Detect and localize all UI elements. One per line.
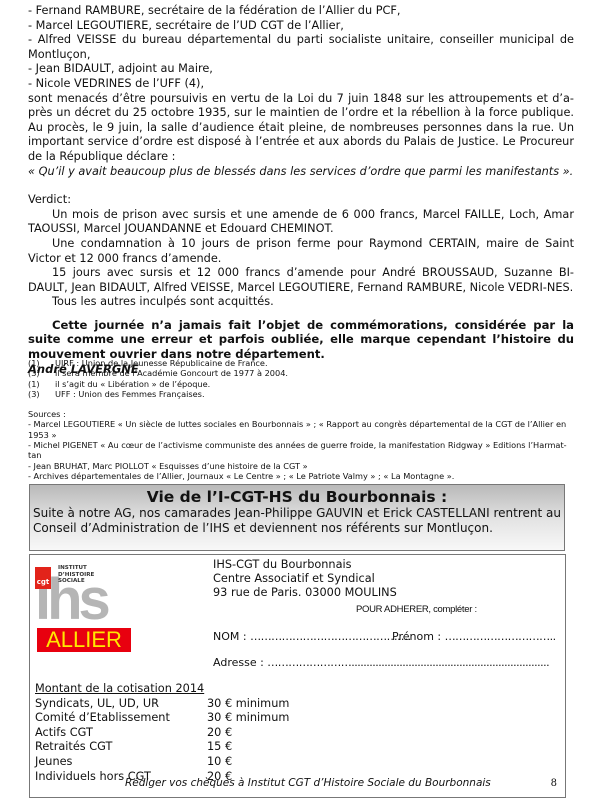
footnote: (1)il s’agit du « Libération » de l’époq… xyxy=(28,379,574,389)
list-item: - Nicole VEDRINES de l’UFF (4), xyxy=(28,77,574,92)
footnotes: (1)UJRF : Union de la Jeunesse Républica… xyxy=(28,358,574,481)
adresse-field[interactable]: Adresse : ……………………......................… xyxy=(213,656,549,669)
source-item: - Jean BRUHAT, Marc PIOLLOT « Esquisses … xyxy=(28,461,574,471)
announcement-box: Vie de l’I-CGT-HS du Bourbonnais : Suite… xyxy=(29,484,565,551)
ihs-allier-logo: ihs cgt INSTITUT D’HISTOIRE SOCIALE ALLI… xyxy=(35,564,135,649)
source-item: - Archives départementales de l’Allier, … xyxy=(28,471,574,481)
cotisation-row: Comité d’Etablissement30 € minimum xyxy=(35,711,289,726)
announcement-text: Suite à notre AG, nos camarades Jean-Phi… xyxy=(30,506,564,536)
prenom-field[interactable]: Prénom : ………………………….. xyxy=(392,630,556,643)
verdict-label: Verdict: xyxy=(28,193,574,208)
verdict-item: Un mois de prison avec sursis et une ame… xyxy=(28,208,574,237)
list-item: - Marcel LEGOUTIERE, secrétaire de l’UD … xyxy=(28,19,574,34)
article-body: - Fernand RAMBURE, secrétaire de la fédé… xyxy=(28,4,574,376)
logo-allier-banner: ALLIER xyxy=(37,628,131,652)
adherer-instruction: POUR ADHERER, compléter : xyxy=(356,604,477,615)
cotisation-row: Syndicats, UL, UD, UR30 € minimum xyxy=(35,697,289,712)
prosecutor-quote: « Qu’il y avait beaucoup plus de blessés… xyxy=(28,165,574,180)
conclusion: Cette journée n’a jamais fait l’objet de… xyxy=(28,318,574,362)
sources: Sources : - Marcel LEGOUTIERE « Un siècl… xyxy=(28,409,574,481)
verdict-item: Une condamnation à 10 jours de prison fe… xyxy=(28,237,574,266)
cotisation-title: Montant de la cotisation 2014 xyxy=(35,682,289,697)
cotisation-row: Jeunes10 € xyxy=(35,755,289,770)
sources-label: Sources : xyxy=(28,409,574,419)
page-number: 8 xyxy=(551,778,557,789)
verdict-item: Tous les autres inculpés sont acquittés. xyxy=(28,295,574,310)
membership-form: ihs cgt INSTITUT D’HISTOIRE SOCIALE ALLI… xyxy=(29,554,566,798)
cheque-instruction: Rédiger vos chèques à Institut CGT d’His… xyxy=(125,777,491,789)
nom-field[interactable]: NOM : ………………………………………. xyxy=(213,630,411,643)
cotisation-row: Actifs CGT20 € xyxy=(35,726,289,741)
cotisation-row: Retraités CGT15 € xyxy=(35,740,289,755)
footnote: (3)il sera membre de l’Académie Goncourt… xyxy=(28,368,574,378)
source-item: - Marcel LEGOUTIERE « Un siècle de lutte… xyxy=(28,419,574,440)
footnote: (1)UJRF : Union de la Jeunesse Républica… xyxy=(28,358,574,368)
footnote: (3)UFF : Union des Femmes Françaises. xyxy=(28,389,574,399)
source-item: - Michel PIGENET « Au cœur de l’activism… xyxy=(28,440,574,461)
address-block: IHS-CGT du Bourbonnais Centre Associatif… xyxy=(213,558,397,600)
paragraph: sont menacés d’être poursuivis en vertu … xyxy=(28,92,574,165)
logo-institut-text: INSTITUT D’HISTOIRE SOCIALE xyxy=(58,565,94,585)
list-item: - Jean BIDAULT, adjoint au Maire, xyxy=(28,62,574,77)
cgt-logo-icon: cgt xyxy=(35,567,51,589)
announcement-title: Vie de l’I-CGT-HS du Bourbonnais : xyxy=(30,488,564,506)
list-item: - Fernand RAMBURE, secrétaire de la fédé… xyxy=(28,4,574,19)
verdict-item: 15 jours avec sursis et 12 000 francs d’… xyxy=(28,266,574,295)
list-item: - Alfred VEISSE du bureau départemental … xyxy=(28,33,574,62)
cotisation-table: Montant de la cotisation 2014 Syndicats,… xyxy=(35,682,289,784)
